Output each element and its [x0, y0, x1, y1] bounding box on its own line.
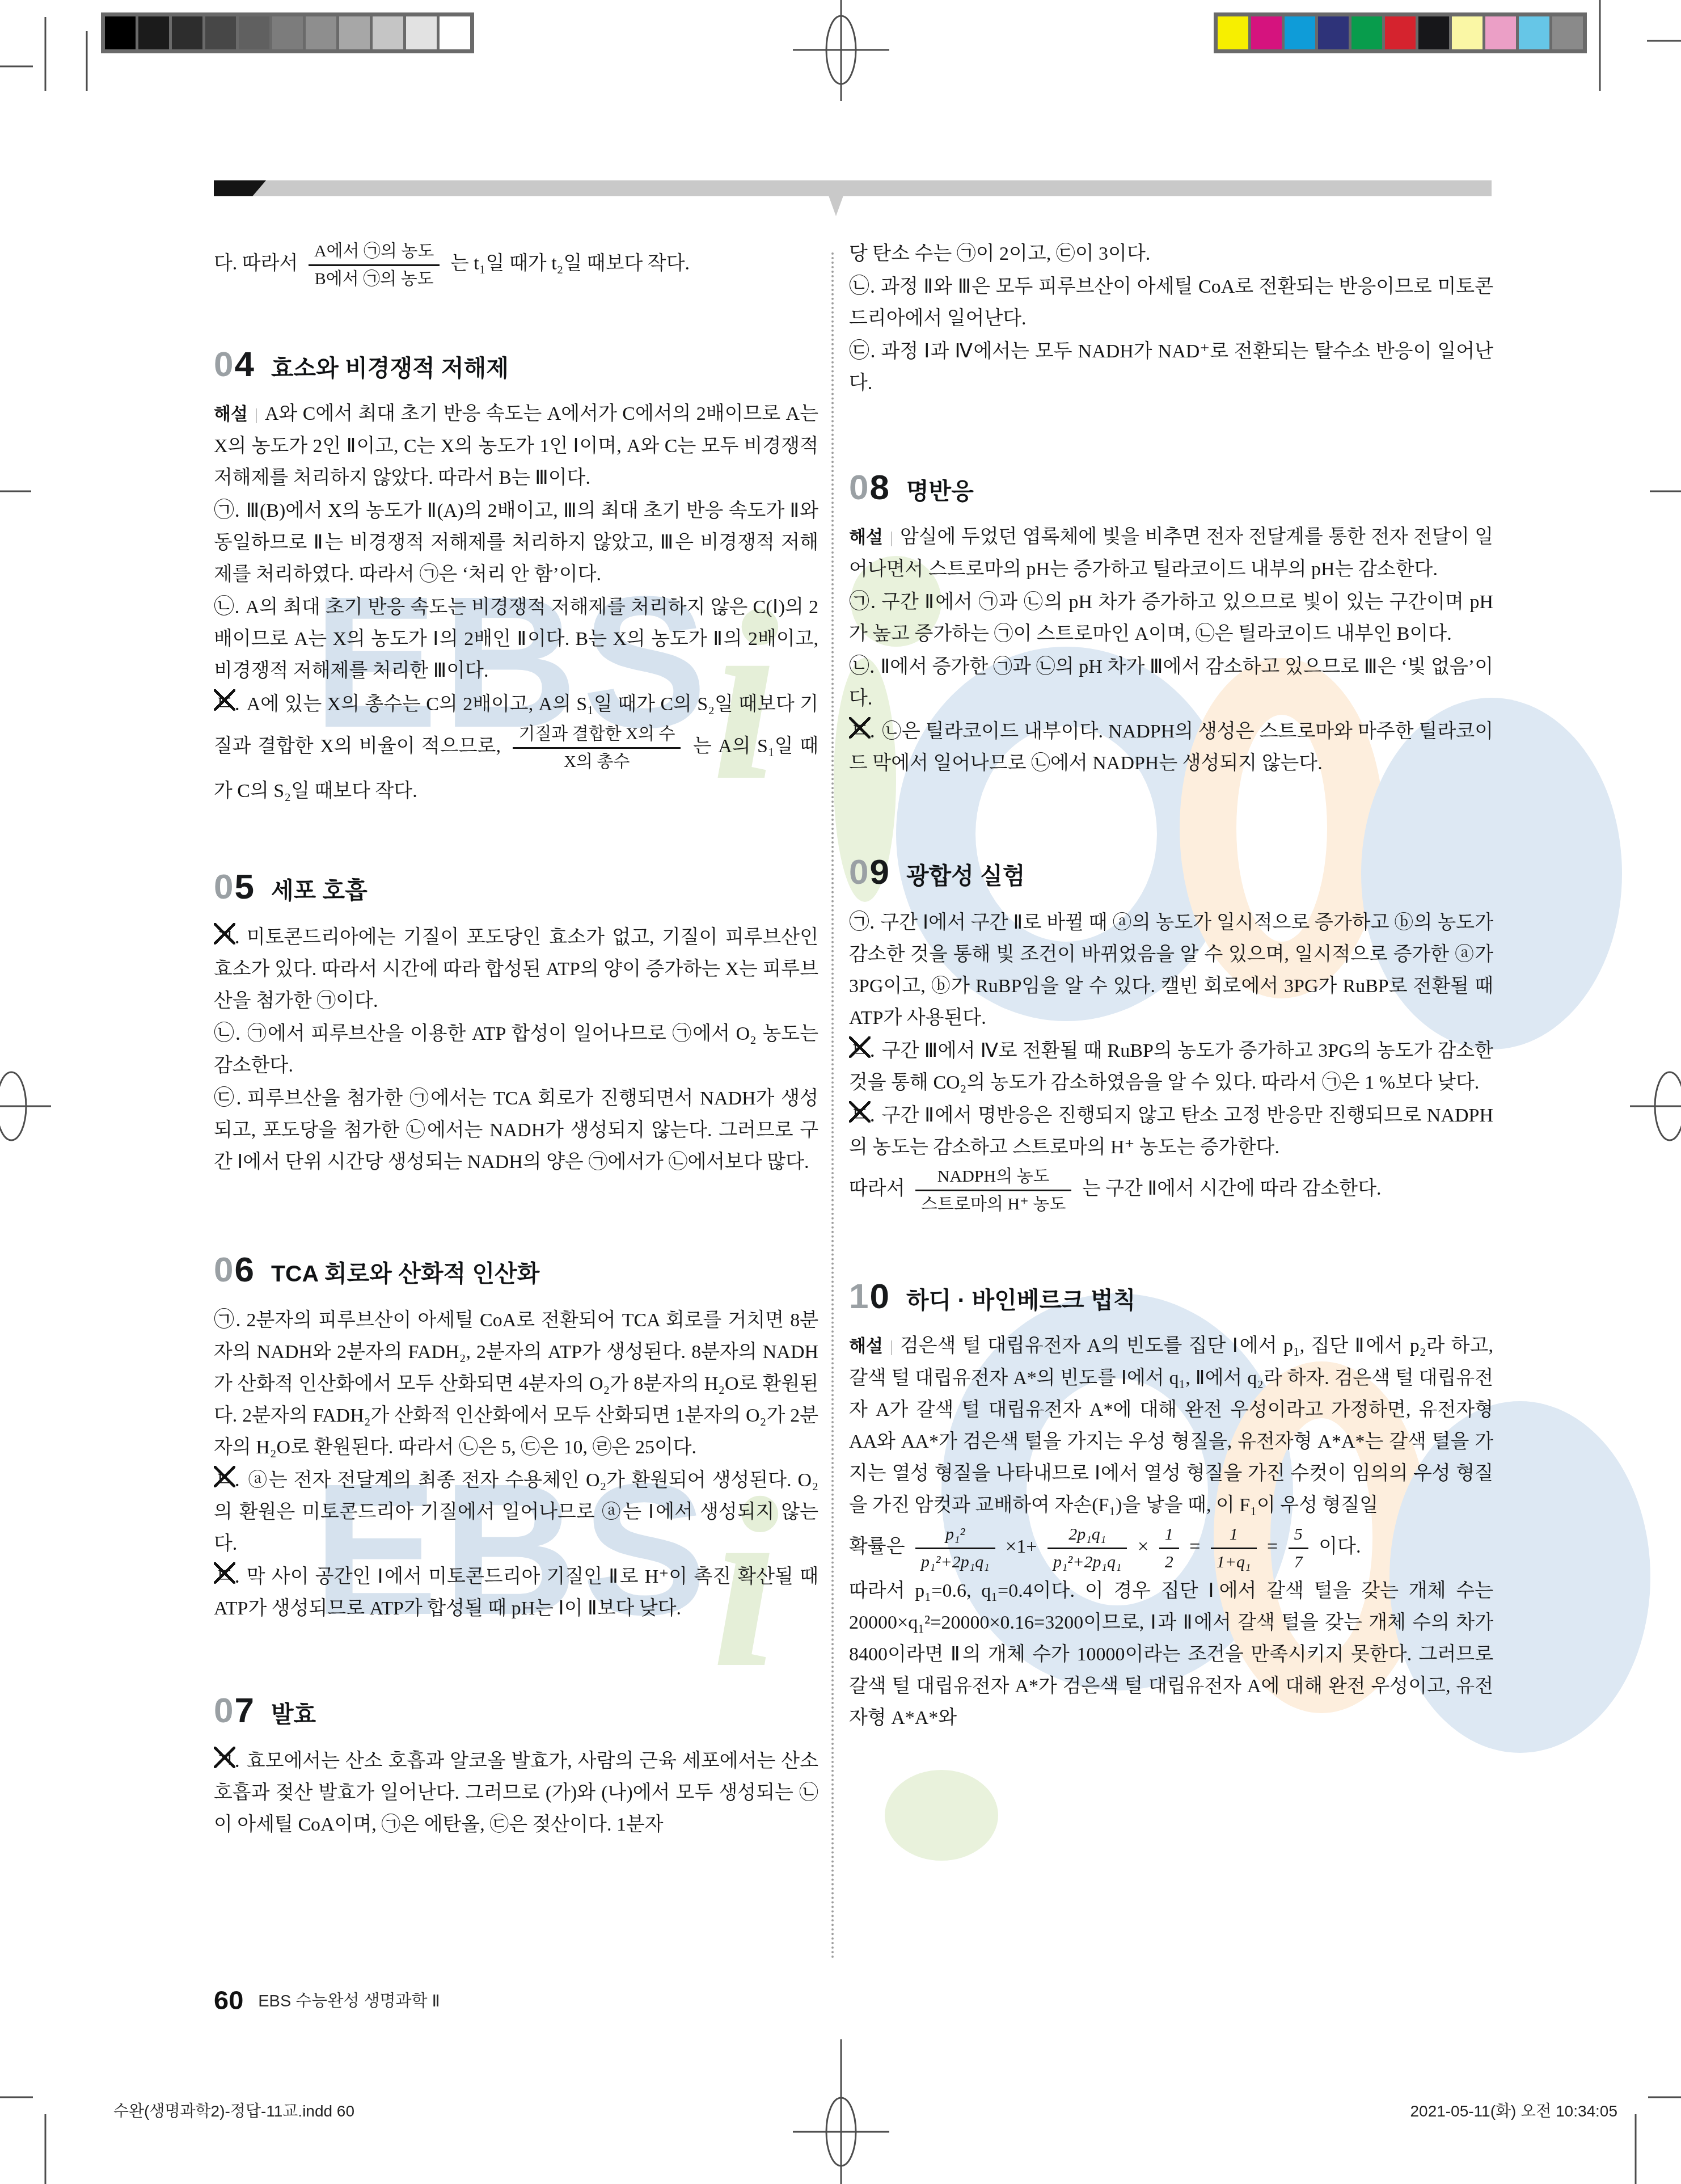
bound-x-ratio-fraction: 기질과 결합한 X의 수X의 총수 — [513, 723, 681, 773]
color-calibration-bar — [1214, 12, 1587, 53]
answer-item-correct: ㉠.Ⅲ(B)에서 X의 농도가 Ⅱ(A)의 2배이고, Ⅲ의 최대 초기 반응 … — [214, 494, 818, 591]
section-title: TCA 회로와 산화적 인산화 — [271, 1255, 539, 1288]
section-10: 10 하디 · 바인베르크 법칙 해설|검은색 털 대립유전자 A의 빈도를 집… — [849, 1276, 1493, 1734]
section-07-heading: 07 발효 — [214, 1690, 818, 1731]
fraction-denominator: X의 총수 — [513, 747, 681, 773]
page-number: 60 — [214, 1984, 243, 2016]
text-run: 과정 Ⅱ와 Ⅲ은 모두 피루브산이 아세틸 CoA로 전환되는 반응이므로 미토… — [849, 276, 1493, 329]
page-footer: 60 EBS 수능완성 생명과학 Ⅱ — [214, 1984, 440, 2016]
section-08: 08 명반응 해설|암실에 두었던 엽록체에 빛을 비추면 전자 전달계를 통한… — [849, 467, 1493, 779]
section-number: 10 — [849, 1276, 890, 1317]
section-number-black-digit: 9 — [869, 853, 890, 892]
section-number: 04 — [214, 344, 255, 385]
header-column-notch — [829, 196, 843, 216]
section-title: 하디 · 바인베르크 법칙 — [906, 1281, 1135, 1315]
book-title: EBS 수능완성 생명과학 Ⅱ — [258, 1988, 440, 2012]
item-marker-circled: ㉡. — [849, 275, 875, 297]
fraction-denominator: p₁²+2p₁q₁ — [1048, 1548, 1127, 1573]
calibration-swatch — [1285, 16, 1315, 49]
section-07: 07 발효 ㄱ.효모에서는 산소 호흡과 알코올 발효가, 사람의 근육 세포에… — [214, 1690, 818, 1841]
calibration-swatch — [306, 16, 336, 49]
carryover-paragraph: 다. 따라서 A에서 ㉠의 농도B에서 ㉠의 농도 는 t₁일 때가 t₂일 때… — [214, 238, 818, 292]
answer-item-wrong: ㄱ.미토콘드리아에는 기질이 포도당인 효소가 없고, 기질이 피루브산인 효소… — [214, 921, 818, 1017]
formula-fraction-4: 11+q₁ — [1211, 1524, 1257, 1573]
left-column: 다. 따라서 A에서 ㉠의 농도B에서 ㉠의 농도 는 t₁일 때가 t₂일 때… — [214, 238, 818, 1841]
text-run: 구간 Ⅰ에서 구간 Ⅱ로 바뀔 때 ⓐ의 농도가 일시적으로 증가하고 ⓑ의 농… — [849, 912, 1493, 1028]
fraction-denominator: B에서 ㉠의 농도 — [309, 264, 440, 290]
conclusion-paragraph: 따라서 p₁=0.6, q₁=0.4이다. 이 경우 집단 Ⅰ에서 갈색 털을 … — [849, 1575, 1493, 1734]
calibration-swatch — [1519, 16, 1549, 49]
fraction-denominator: 1+q₁ — [1211, 1548, 1257, 1573]
calibration-swatch — [1318, 16, 1349, 49]
calibration-swatch — [1251, 16, 1282, 49]
fraction-denominator: 7 — [1289, 1548, 1308, 1573]
section-06: 06 TCA 회로와 산화적 인산화 ㉠.2분자의 피루브산이 아세틸 CoA로… — [214, 1250, 818, 1625]
operator: = — [1267, 1536, 1278, 1557]
answer-item-correct: ㉠.구간 Ⅱ에서 ㉠과 ㉡의 pH 차가 증가하고 있으므로 빛이 있는 구간이… — [849, 585, 1493, 650]
answer-item-wrong: ㄱ.효모에서는 산소 호흡과 알코올 발효가, 사람의 근육 세포에서는 산소 … — [214, 1744, 818, 1841]
section-05-heading: 05 세포 호흡 — [214, 867, 818, 907]
section-title: 세포 호흡 — [271, 872, 368, 905]
text-run: 이다. — [1319, 1536, 1361, 1557]
section-08-heading: 08 명반응 — [849, 467, 1493, 508]
answer-item-correct: ㉠.2분자의 피루브산이 아세틸 CoA로 전환되어 TCA 회로를 거치면 8… — [214, 1304, 818, 1464]
answer-item-correct: ㉡.Ⅱ에서 증가한 ㉠과 ㉡의 pH 차가 Ⅲ에서 감소하고 있으므로 Ⅲ은 ‘… — [849, 650, 1493, 715]
operator: = — [1189, 1536, 1200, 1557]
text-run: 확률은 — [849, 1536, 905, 1557]
item-marker-circled: ㉡. — [214, 595, 240, 618]
text-run: 미토콘드리아에는 기질이 포도당인 효소가 없고, 기질이 피루브산인 효소가 … — [214, 927, 818, 1011]
calibration-swatch — [1351, 16, 1382, 49]
column-divider-dotted-line — [831, 252, 834, 1960]
text-run: 구간 Ⅲ에서 Ⅳ로 전환될 때 RuBP의 농도가 증가하고 3PG의 농도가 … — [849, 1040, 1493, 1093]
section-number-gray-digit: 0 — [849, 853, 869, 892]
section-number: 06 — [214, 1250, 255, 1290]
calibration-swatch — [105, 16, 136, 49]
section-number-gray-digit: 0 — [214, 1691, 234, 1730]
answer-item-wrong: ㄷ.구간 Ⅱ에서 명반응은 진행되지 않고 탄소 고정 반응만 진행되므로 NA… — [849, 1099, 1493, 1163]
item-marker-circled: ㉠. — [214, 1308, 241, 1331]
text-run: Ⅱ에서 증가한 ㉠과 ㉡의 pH 차가 Ⅲ에서 감소하고 있으므로 Ⅲ은 ‘빛 … — [849, 656, 1493, 709]
text-run: A의 최대 초기 반응 속도는 비경쟁적 저해제를 처리하지 않은 C(Ⅰ)의 … — [214, 597, 818, 681]
text-run: 효모에서는 산소 호흡과 알코올 발효가, 사람의 근육 세포에서는 산소 호흡… — [214, 1751, 818, 1835]
calibration-swatch — [1418, 16, 1449, 49]
section-number-black-digit: 8 — [869, 468, 890, 507]
text-run: A와 C에서 최대 초기 반응 속도는 A에서가 C에서의 2배이므로 A는 X… — [214, 403, 818, 488]
calibration-swatch — [440, 16, 470, 49]
section-number: 09 — [849, 852, 890, 892]
section-09-heading: 09 광합성 실험 — [849, 852, 1493, 892]
answer-item-correct: ㉡.과정 Ⅱ와 Ⅲ은 모두 피루브산이 아세틸 CoA로 전환되는 반응이므로 … — [849, 270, 1493, 335]
explanation-paragraph: 해설|A와 C에서 최대 초기 반응 속도는 A에서가 C에서의 2배이므로 A… — [214, 398, 818, 494]
calibration-swatch — [138, 16, 169, 49]
fraction-denominator: 스트로마의 H⁺ 농도 — [915, 1190, 1071, 1215]
item-marker-crossed: ㄱ. — [214, 921, 241, 952]
calibration-swatch — [172, 16, 202, 49]
answer-item-wrong: ㄴ.구간 Ⅲ에서 Ⅳ로 전환될 때 RuBP의 농도가 증가하고 3PG의 농도… — [849, 1034, 1493, 1099]
text-run: 암실에 두었던 엽록체에 빛을 비추면 전자 전달계를 통한 전자 전달이 일어… — [849, 526, 1493, 580]
answer-item-wrong: ㄷ.막 사이 공간인 Ⅰ에서 미토콘드리아 기질인 Ⅱ로 H⁺이 촉진 확산될 … — [214, 1560, 818, 1625]
formula-fraction-3: 12 — [1159, 1524, 1179, 1573]
fraction-denominator: 2 — [1159, 1548, 1179, 1573]
section-04: 04 효소와 비경쟁적 저해제 해설|A와 C에서 최대 초기 반응 속도는 A… — [214, 344, 818, 808]
right-column: 당 탄소 수는 ㉠이 2이고, ㉢이 3이다. ㉡.과정 Ⅱ와 Ⅲ은 모두 피루… — [849, 238, 1493, 1734]
probability-formula: 확률은 p₁²p₁²+2p₁q₁ ×1+ 2p₁q₁p₁²+2p₁q₁ × 12… — [849, 1521, 1493, 1575]
formula-fraction-1: p₁²p₁²+2p₁q₁ — [915, 1524, 995, 1573]
section-number-black-digit: 7 — [234, 1691, 255, 1730]
calibration-swatch — [406, 16, 437, 49]
section-06-heading: 06 TCA 회로와 산화적 인산화 — [214, 1250, 818, 1290]
calibration-swatch — [339, 16, 370, 49]
item-marker-circled: ㉢. — [214, 1086, 241, 1109]
nadph-ratio-fraction: NADPH의 농도스트로마의 H⁺ 농도 — [915, 1166, 1071, 1215]
explanation-separator: | — [890, 528, 893, 547]
formula-fraction-2: 2p₁q₁p₁²+2p₁q₁ — [1048, 1524, 1127, 1573]
fraction-numerator: p₁² — [915, 1524, 995, 1548]
text-run: 막 사이 공간인 Ⅰ에서 미토콘드리아 기질인 Ⅱ로 H⁺이 촉진 확산될 때 … — [214, 1566, 818, 1619]
calibration-swatch — [239, 16, 269, 49]
calibration-swatch — [373, 16, 403, 49]
section-number: 08 — [849, 467, 890, 508]
calibration-swatch — [1218, 16, 1248, 49]
item-marker-circled: ㉠. — [849, 590, 876, 613]
scanned-workbook-page: EBSi EBSi 다. 따라서 A에서 ㉠의 농도B에서 ㉠의 농도 는 t₁… — [0, 0, 1681, 2184]
text-run: 는 t₁일 때가 t₂일 때보다 작다. — [450, 253, 690, 274]
section-number-black-digit: 6 — [234, 1250, 255, 1289]
fraction-numerator: 2p₁q₁ — [1048, 1524, 1127, 1548]
item-marker-circled: ㉠. — [214, 499, 240, 521]
fraction-numerator: NADPH의 농도 — [915, 1166, 1071, 1190]
explanation-separator: | — [890, 1337, 893, 1356]
section-05: 05 세포 호흡 ㄱ.미토콘드리아에는 기질이 포도당인 효소가 없고, 기질이… — [214, 867, 818, 1178]
text-run: 당 탄소 수는 ㉠이 2이고, ㉢이 3이다. — [849, 243, 1150, 264]
section-04-heading: 04 효소와 비경쟁적 저해제 — [214, 344, 818, 385]
item-marker-crossed: ㄴ. — [214, 1464, 241, 1495]
section-number: 05 — [214, 867, 255, 907]
print-timestamp: 2021-05-11(화) 오전 10:34:05 — [1410, 2099, 1618, 2122]
explanation-paragraph: 해설|검은색 털 대립유전자 A의 빈도를 집단 Ⅰ에서 p₁, 집단 Ⅱ에서 … — [849, 1330, 1493, 1521]
section-09: 09 광합성 실험 ㉠.구간 Ⅰ에서 구간 Ⅱ로 바뀔 때 ⓐ의 농도가 일시적… — [849, 852, 1493, 1217]
text-run: 따라서 p₁=0.6, q₁=0.4이다. 이 경우 집단 Ⅰ에서 갈색 털을 … — [849, 1580, 1493, 1728]
formula-fraction-5: 57 — [1289, 1524, 1308, 1573]
section-title: 명반응 — [906, 473, 974, 506]
answer-item-wrong: ㄷ.A에 있는 X의 총수는 C의 2배이고, A의 S₁일 때가 C의 S₂일… — [214, 687, 818, 808]
section-number-gray-digit: 0 — [214, 1250, 234, 1289]
answer-item-correct: ㉠.구간 Ⅰ에서 구간 Ⅱ로 바뀔 때 ⓐ의 농도가 일시적으로 증가하고 ⓑ의… — [849, 906, 1493, 1034]
fraction-numerator: A에서 ㉠의 농도 — [309, 241, 440, 264]
section-number-gray-digit: 0 — [214, 867, 234, 907]
text-run: 다. 따라서 — [214, 253, 298, 274]
section-number-black-digit: 0 — [869, 1277, 890, 1316]
fraction-denominator: p₁²+2p₁q₁ — [915, 1548, 995, 1573]
item-marker-crossed: ㄷ. — [214, 1560, 241, 1592]
explanation-label: 해설 — [849, 527, 883, 547]
text-run: 는 구간 Ⅱ에서 시간에 따라 감소한다. — [1082, 1178, 1382, 1199]
item-marker-crossed: ㄷ. — [849, 715, 876, 747]
text-run: 구간 Ⅱ에서 ㉠과 ㉡의 pH 차가 증가하고 있으므로 빛이 있는 구간이며 … — [849, 592, 1493, 644]
answer-item-correct: ㉢.과정 Ⅰ과 Ⅳ에서는 모두 NADH가 NAD⁺로 전환되는 탈수소 반응이… — [849, 335, 1493, 399]
text-run: 검은색 털 대립유전자 A의 빈도를 집단 Ⅰ에서 p₁, 집단 Ⅱ에서 p₂라… — [849, 1335, 1493, 1516]
fraction-numerator: 1 — [1159, 1524, 1179, 1548]
operator: ×1+ — [1006, 1536, 1037, 1557]
fraction-numerator: 기질과 결합한 X의 수 — [513, 723, 681, 747]
explanation-label: 해설 — [849, 1336, 883, 1356]
conclusion-paragraph: 따라서 NADPH의 농도스트로마의 H⁺ 농도 는 구간 Ⅱ에서 시간에 따라… — [849, 1163, 1493, 1217]
text-run: 따라서 — [849, 1178, 905, 1199]
item-marker-crossed: ㄴ. — [849, 1034, 876, 1066]
calibration-swatch — [1452, 16, 1483, 49]
item-marker-circled: ㉡. — [849, 655, 875, 677]
explanation-separator: | — [255, 405, 258, 424]
section-title: 광합성 실험 — [906, 857, 1025, 891]
answer-item-correct: ㉡.㉠에서 피루브산을 이용한 ATP 합성이 일어나므로 ㉠에서 O₂ 농도는… — [214, 1017, 818, 1082]
item-marker-circled: ㉠. — [849, 910, 875, 933]
calibration-swatch — [1552, 16, 1583, 49]
explanation-label: 해설 — [214, 404, 248, 424]
answer-item-wrong: ㄷ.㉡은 틸라코이드 내부이다. NADPH의 생성은 스트로마와 마주한 틸라… — [849, 715, 1493, 779]
grayscale-calibration-bar — [101, 12, 474, 53]
header-bar — [214, 180, 1492, 196]
item-marker-circled: ㉡. — [214, 1022, 240, 1044]
answer-item-correct: ㉢.피루브산을 첨가한 ㉠에서는 TCA 회로가 진행되면서 NADH가 생성되… — [214, 1082, 818, 1178]
text-run: ㉠에서 피루브산을 이용한 ATP 합성이 일어나므로 ㉠에서 O₂ 농도는 감… — [214, 1023, 818, 1076]
calibration-swatch — [272, 16, 303, 49]
text-run: ㉡은 틸라코이드 내부이다. NADPH의 생성은 스트로마와 마주한 틸라코이… — [849, 721, 1493, 774]
item-marker-crossed: ㄷ. — [849, 1099, 876, 1131]
item-marker-circled: ㉢. — [849, 339, 876, 362]
operator: × — [1138, 1536, 1148, 1557]
section-number: 07 — [214, 1690, 255, 1731]
section-number-gray-digit: 1 — [849, 1277, 869, 1316]
explanation-paragraph: 해설|암실에 두었던 엽록체에 빛을 비추면 전자 전달계를 통한 전자 전달이… — [849, 521, 1493, 585]
text-run: ⓐ는 전자 전달계의 최종 전자 수용체인 O₂가 환원되어 생성된다. O₂의… — [214, 1470, 818, 1554]
calibration-swatch — [1385, 16, 1416, 49]
text-run: 구간 Ⅱ에서 명반응은 진행되지 않고 탄소 고정 반응만 진행되므로 NADP… — [849, 1105, 1493, 1158]
calibration-swatch — [205, 16, 236, 49]
item-marker-crossed: ㄱ. — [214, 1744, 241, 1776]
section-number-gray-digit: 0 — [214, 345, 234, 384]
section-number-black-digit: 5 — [234, 867, 255, 907]
calibration-swatch — [1485, 16, 1516, 49]
section-10-heading: 10 하디 · 바인베르크 법칙 — [849, 1276, 1493, 1317]
text-run: 피루브산을 첨가한 ㉠에서는 TCA 회로가 진행되면서 NADH가 생성되고,… — [214, 1088, 818, 1173]
item-marker-crossed: ㄷ. — [214, 687, 241, 720]
section-title: 발효 — [271, 1696, 316, 1729]
section-number-gray-digit: 0 — [849, 468, 869, 507]
section-title: 효소와 비경쟁적 저해제 — [271, 349, 509, 383]
text-run: Ⅲ(B)에서 X의 농도가 Ⅱ(A)의 2배이고, Ⅲ의 최대 초기 반응 속도… — [214, 500, 818, 585]
fraction-numerator: 1 — [1211, 1524, 1257, 1548]
text-run: 과정 Ⅰ과 Ⅳ에서는 모두 NADH가 NAD⁺로 전환되는 탈수소 반응이 일… — [849, 341, 1493, 394]
print-filename: 수완(생명과학2)-정답-11교.indd 60 — [113, 2099, 354, 2122]
answer-item-correct: ㉡.A의 최대 초기 반응 속도는 비경쟁적 저해제를 처리하지 않은 C(Ⅰ)… — [214, 591, 818, 687]
text-run: 2분자의 피루브산이 아세틸 CoA로 전환되어 TCA 회로를 거치면 8분자… — [214, 1310, 818, 1458]
fraction-numerator: 5 — [1289, 1524, 1308, 1548]
section-number-black-digit: 4 — [234, 345, 255, 384]
answer-item-wrong: ㄴ.ⓐ는 전자 전달계의 최종 전자 수용체인 O₂가 환원되어 생성된다. O… — [214, 1464, 818, 1560]
concentration-ratio-fraction: A에서 ㉠의 농도B에서 ㉠의 농도 — [309, 241, 440, 290]
carryover-paragraph: 당 탄소 수는 ㉠이 2이고, ㉢이 3이다. — [849, 238, 1493, 270]
